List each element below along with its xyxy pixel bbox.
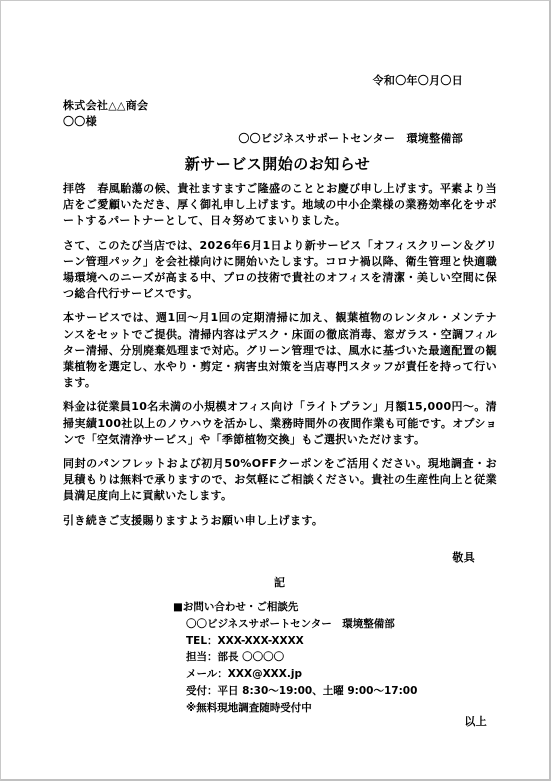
recipient-name: 〇〇様 — [63, 114, 97, 130]
recipient-company: 株式会社△△商会 — [63, 98, 148, 114]
contact-person: 担当：部長 〇〇〇〇 — [173, 649, 417, 666]
contact-organization: 〇〇ビジネスサポートセンター 環境整備部 — [173, 616, 417, 633]
contact-block: ■お問い合わせ・ご相談先 〇〇ビジネスサポートセンター 環境整備部 TEL：XX… — [173, 599, 417, 717]
contact-email: メール：XXX@XXX.jp — [173, 666, 417, 683]
contact-tel: TEL：XXX-XXX-XXXX — [173, 633, 417, 650]
document-page: 令和〇年〇月〇日 株式会社△△商会 〇〇様 〇〇ビジネスサポートセンター 環境整… — [0, 0, 551, 781]
closing-keigu: 敬具 — [452, 550, 475, 566]
paragraph-greeting: 拝啓 春風駘蕩の候、貴社ますますご隆盛のこととお慶び申し上げます。平素より当店を… — [63, 181, 497, 230]
contact-hours: 受付：平日 8:30〜19:00、土曜 9:00〜17:00 — [173, 683, 417, 700]
closing-ijou: 以上 — [464, 714, 487, 730]
letter-body: 拝啓 春風駘蕩の候、貴社ますますご隆盛のこととお慶び申し上げます。平素より当店を… — [63, 181, 497, 537]
sender-name: 〇〇ビジネスサポートセンター 環境整備部 — [238, 131, 463, 147]
paragraph-service-details: 本サービスでは、週1回〜月1回の定期清掃に加え、観葉植物のレンタル・メンテナンス… — [63, 310, 497, 391]
paragraph-pricing: 料金は従業員10名未満の小規模オフィス向け「ライトプラン」月額15,000円〜。… — [63, 399, 497, 448]
paragraph-coupon: 同封のパンフレットおよび初月50%OFFクーポンをご活用ください。現地調査・お見… — [63, 456, 497, 505]
contact-heading: ■お問い合わせ・ご相談先 — [173, 599, 417, 616]
paragraph-request: 引き続きご支援賜りますようお願い申し上げます。 — [63, 513, 497, 529]
document-title: 新サービス開始のお知らせ — [1, 154, 553, 174]
ki-heading: 記 — [274, 575, 285, 591]
contact-note: ※無料現地調査随時受付中 — [173, 700, 417, 717]
paragraph-announcement: さて、このたび当店では、2026年6月1日より新サービス「オフィスクリーン＆グリ… — [63, 238, 497, 303]
letter-date: 令和〇年〇月〇日 — [373, 73, 463, 89]
